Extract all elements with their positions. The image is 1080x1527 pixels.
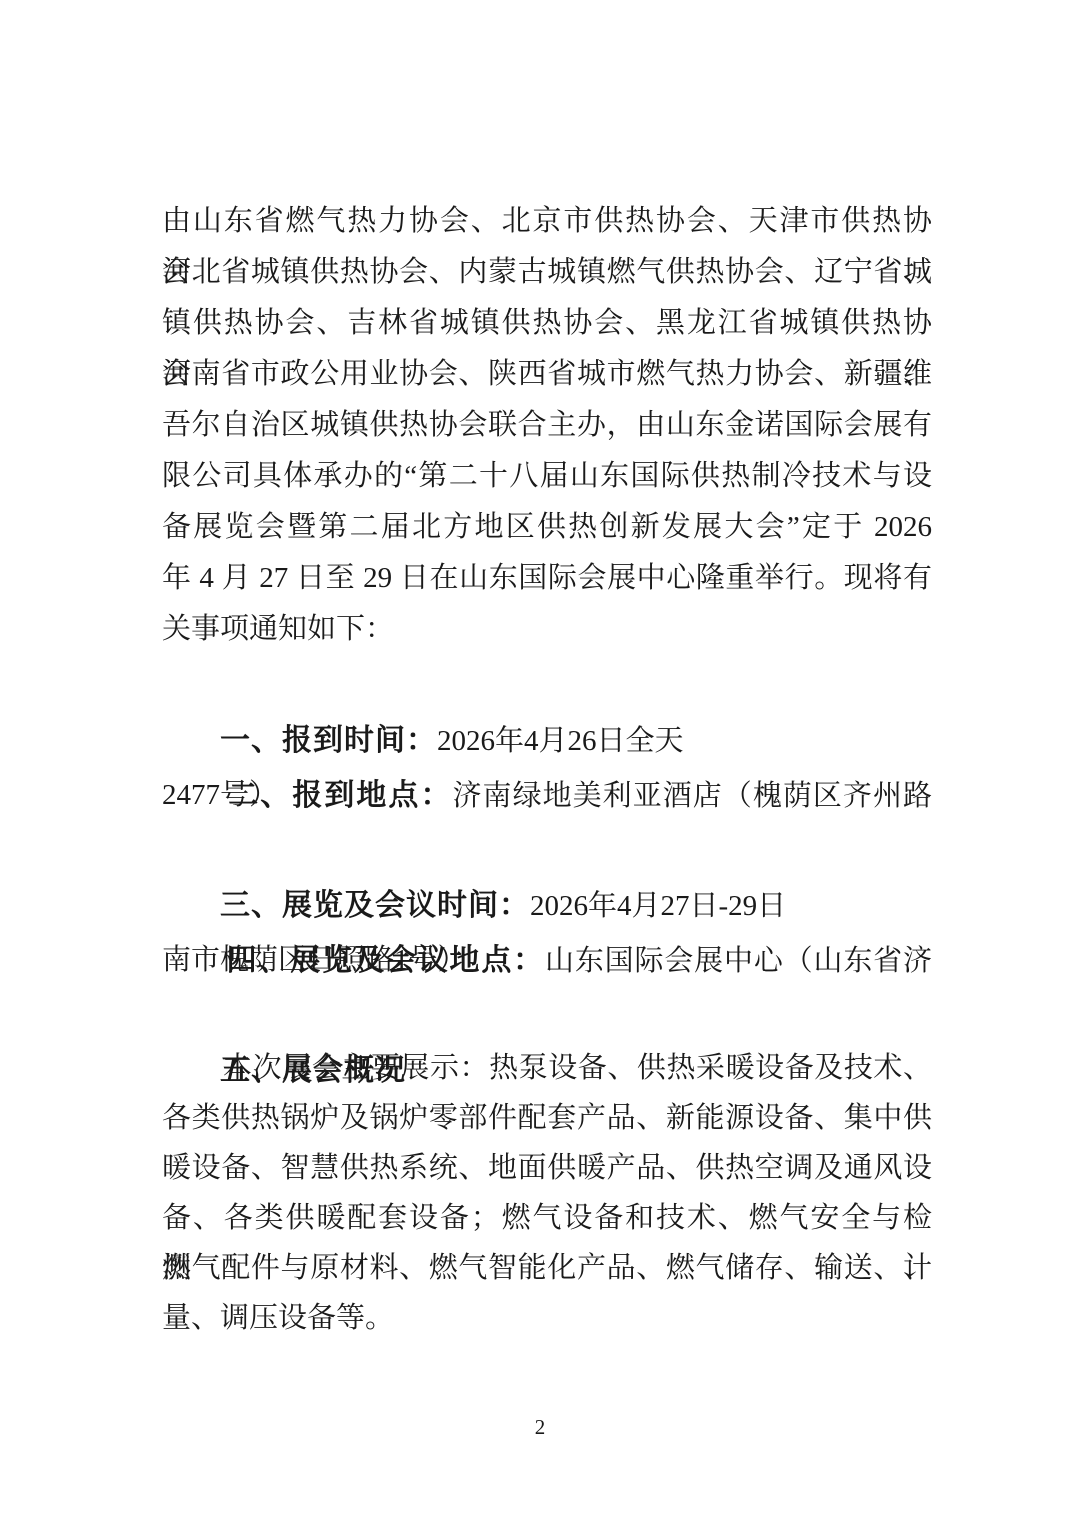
intro-line: 吾尔自治区城镇供热协会联合主办，由山东金诺国际会展有 (162, 400, 932, 451)
section-value: 2026年4月26日全天 (437, 725, 684, 757)
intro-line: 由山东省燃气热力协会、北京市供热协会、天津市供热协会、 (162, 196, 932, 247)
page-content: 由山东省燃气热力协会、北京市供热协会、天津市供热协会、 河北省城镇供热协会、内蒙… (162, 196, 932, 1343)
page-number: 2 (0, 1415, 1080, 1440)
overview-paragraph: 本次展会主要展示：热泵设备、供热采暖设备及技术、 各类供热锅炉及锅炉零部件配套产… (162, 1043, 932, 1343)
intro-paragraph: 由山东省燃气热力协会、北京市供热协会、天津市供热协会、 河北省城镇供热协会、内蒙… (162, 196, 932, 655)
overview-line: 备、各类供暖配套设备；燃气设备和技术、燃气安全与检测、 (162, 1193, 932, 1243)
sections-list: 一、报到时间：2026年4月26日全天 二、报到地点：济南绿地美利亚酒店（槐荫区… (162, 658, 932, 1043)
section-value: 山东国际会展中心（山东省济 (545, 945, 932, 977)
intro-line: 镇供热协会、吉林省城镇供热协会、黑龙江省城镇供热协会、 (162, 298, 932, 349)
section-heading: 三、展览及会议时间： (220, 889, 530, 922)
section-row-expo-overview: 五、展会概况 (162, 988, 932, 1043)
intro-line: 河北省城镇供热协会、内蒙古城镇燃气供热协会、辽宁省城 (162, 247, 932, 298)
intro-line: 河南省市政公用业协会、陕西省城市燃气热力协会、新疆维 (162, 349, 932, 400)
intro-line: 关事项通知如下： (162, 604, 932, 655)
intro-line: 年 4 月 27 日至 29 日在山东国际会展中心隆重举行。现将有 (162, 553, 932, 604)
section-row-expo-time: 三、展览及会议时间：2026年4月27日-29日 (162, 823, 932, 878)
overview-line: 量、调压设备等。 (162, 1293, 932, 1343)
intro-line: 备展览会暨第二届北方地区供热创新发展大会”定于 2026 (162, 502, 932, 553)
section-value: 2026年4月27日-29日 (530, 890, 786, 922)
intro-line: 限公司具体承办的“第二十八届山东国际供热制冷技术与设 (162, 451, 932, 502)
overview-line: 燃气配件与原材料、燃气智能化产品、燃气储存、输送、计 (162, 1243, 932, 1293)
overview-line: 本次展会主要展示：热泵设备、供热采暖设备及技术、 (162, 1043, 932, 1093)
document-page: 由山东省燃气热力协会、北京市供热协会、天津市供热协会、 河北省城镇供热协会、内蒙… (0, 0, 1080, 1527)
overview-line: 暖设备、智慧供热系统、地面供暖产品、供热空调及通风设 (162, 1143, 932, 1193)
section-row-checkin-time: 一、报到时间：2026年4月26日全天 (162, 658, 932, 713)
overview-line: 各类供热锅炉及锅炉零部件配套产品、新能源设备、集中供 (162, 1093, 932, 1143)
section-value: 济南绿地美利亚酒店（槐荫区齐州路 (453, 780, 933, 812)
section-heading: 一、报到时间： (220, 724, 437, 757)
